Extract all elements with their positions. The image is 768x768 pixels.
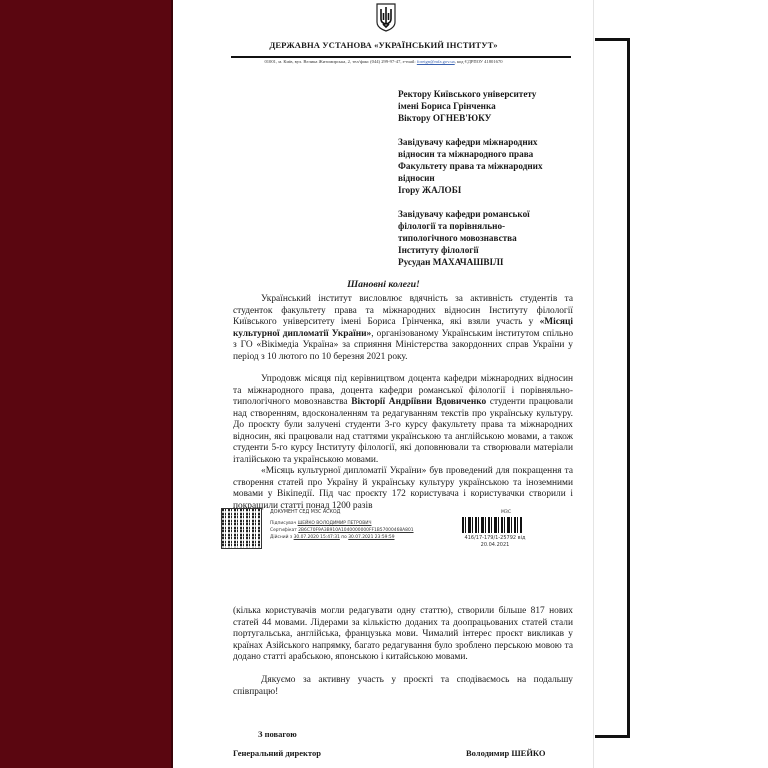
paragraph-project-results: «Місяць культурної дипломатії України» б… bbox=[233, 466, 573, 512]
addressee-rector: Ректору Київського університету імені Бо… bbox=[398, 88, 588, 125]
barcode-label: МЗС bbox=[486, 510, 526, 515]
addressee-line: Віктору ОГНЕВ'ЮКУ bbox=[398, 112, 588, 124]
paragraph-thanks: Дякуємо за активну участь у проєкті та с… bbox=[233, 675, 573, 698]
addressee-line: Інституту філології bbox=[398, 244, 588, 256]
signer-label: Підписувач bbox=[270, 521, 298, 526]
paragraph-text: Дякуємо за активну участь у проєкті та с… bbox=[233, 675, 573, 698]
registration-number-text: 416/17-179/1-25792 від bbox=[450, 535, 540, 542]
closing-phrase: З повагою bbox=[258, 729, 297, 739]
organization-address: 01001, м. Київ, вул. Велика Житомирська,… bbox=[174, 59, 593, 64]
organization-name: ДЕРЖАВНА УСТАНОВА «УКРАЇНСЬКИЙ ІНСТИТУТ» bbox=[174, 40, 593, 50]
paragraph-text: студенти працювали над створенням, вдоск… bbox=[233, 397, 573, 465]
addressee-line: Факультету права та міжнародних bbox=[398, 160, 588, 172]
registration-number: 416/17-179/1-25792 від 20.04.2021 bbox=[450, 535, 540, 549]
address-text: 01001, м. Київ, вул. Велика Житомирська,… bbox=[264, 59, 416, 64]
registration-date: 20.04.2021 bbox=[450, 542, 540, 549]
addressee-head-romance-philology: Завідувачу кафедри романської філології … bbox=[398, 208, 588, 269]
addressee-line: Ігору ЖАЛОБІ bbox=[398, 184, 588, 196]
stamp-certificate-row: Сертифікат 2B6C70F9A3B910A1040000000FF1B… bbox=[270, 527, 435, 534]
salutation: Шановні колеги! bbox=[174, 279, 593, 290]
paragraph-text: (кілька користувачів могли редагувати од… bbox=[233, 606, 573, 664]
registry-code: , код ЄДРПОУ 41801670 bbox=[455, 59, 503, 64]
addressee-block: Ректору Київського університету імені Бо… bbox=[398, 88, 588, 280]
signer-name: ШЕЙКО ВОЛОДИМИР ПЕТРОВИЧ bbox=[298, 521, 372, 526]
addressee-head-intl-relations: Завідувачу кафедри міжнародних відносин … bbox=[398, 136, 588, 197]
signer-name-footer: Володимир ШЕЙКО bbox=[466, 748, 546, 758]
paragraph-gratitude: Український інститут висловлює вдячність… bbox=[233, 294, 573, 363]
certificate-id: 2B6C70F9A3B910A1040000000FF1B57000468A80… bbox=[298, 528, 413, 533]
addressee-line: відносин bbox=[398, 172, 588, 184]
header-divider bbox=[231, 56, 571, 58]
paragraph-statistics: (кілька користувачів могли редагувати од… bbox=[233, 606, 573, 664]
barcode-icon bbox=[462, 517, 522, 533]
addressee-line: філології та порівняльно- bbox=[398, 220, 588, 232]
addressee-line: Завідувачу кафедри міжнародних bbox=[398, 136, 588, 148]
certificate-label: Сертифікат bbox=[270, 528, 298, 533]
page-bracket-decoration bbox=[595, 38, 630, 738]
addressee-line: Ректору Київського університету bbox=[398, 88, 588, 100]
signer-title: Генеральний директор bbox=[233, 748, 321, 758]
addressee-line: відносин та міжнародного права bbox=[398, 148, 588, 160]
addressee-line: Завідувачу кафедри романської bbox=[398, 208, 588, 220]
addressee-line: імені Бориса Грінченка bbox=[398, 100, 588, 112]
addressee-line: Русудан МАХАЧАШВІЛІ bbox=[398, 256, 588, 268]
validity-label: Дійсний з bbox=[270, 535, 294, 540]
validity-separator: по bbox=[340, 535, 348, 540]
stamp-signer-row: Підписувач ШЕЙКО ВОЛОДИМИР ПЕТРОВИЧ bbox=[270, 520, 435, 527]
valid-from: 30.07.2020 15:47:31 bbox=[294, 535, 340, 540]
paragraph-text: «Місяць культурної дипломатії України» б… bbox=[233, 466, 573, 512]
stamp-validity-row: Дійсний з 30.07.2020 15:47:31 по 30.07.2… bbox=[270, 534, 435, 541]
paragraph-text: Український інститут висловлює вдячність… bbox=[233, 294, 573, 327]
qr-code-icon bbox=[221, 508, 262, 549]
supervisor-name-bold: Вікторії Андріївни Вдовиченко bbox=[351, 397, 486, 407]
addressee-line: типологічного мовознавства bbox=[398, 232, 588, 244]
valid-to: 30.07.2021 23:59:59 bbox=[348, 535, 394, 540]
e-signature-stamp: ДОКУМЕНТ СЕД МЗС АСКОД Підписувач ШЕЙКО … bbox=[270, 509, 435, 541]
paragraph-supervision: Упродовж місяця під керівництвом доцента… bbox=[233, 374, 573, 466]
ukraine-trident-coat-of-arms-icon bbox=[375, 2, 397, 32]
side-panel-background bbox=[0, 0, 173, 768]
stamp-document-title: ДОКУМЕНТ СЕД МЗС АСКОД bbox=[270, 509, 435, 516]
email-link[interactable]: foreign@mfa.gov.ua bbox=[417, 59, 455, 64]
